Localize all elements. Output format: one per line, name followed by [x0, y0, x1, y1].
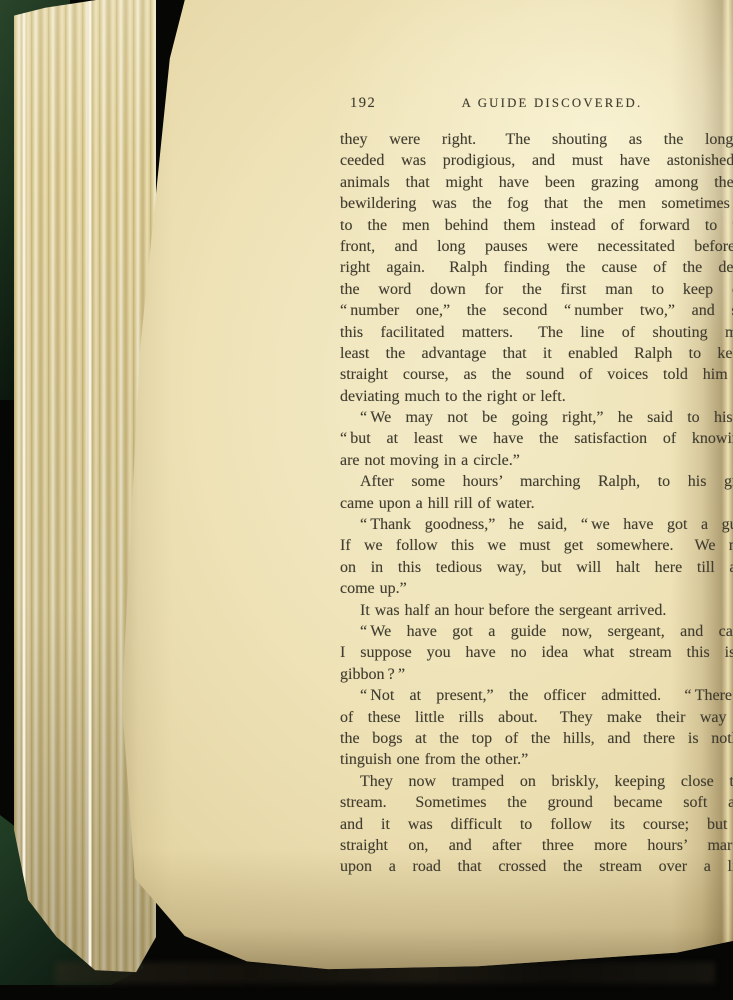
text-line: the bogs at the top of the hills, and th…: [340, 730, 733, 751]
running-head: 192 A GUIDE DISCOVERED.: [340, 95, 733, 110]
text-line: front, and long pauses were necessitated…: [340, 238, 733, 259]
text-line: After some hours’ marching Ralph, to his…: [340, 473, 733, 494]
text-line: animals that might have been grazing amo…: [340, 174, 733, 195]
text-line: of these little rills about. They make t…: [340, 709, 733, 730]
text-line: upon a road that crossed the stream over…: [340, 858, 733, 879]
text-line: they were right. The shouting as the lon…: [340, 131, 733, 152]
text-line: bewildering was the fog that the men som…: [340, 195, 733, 216]
text-line: straight on, and after three more hours’…: [340, 837, 733, 858]
text-line: “ but at least we have the satisfaction …: [340, 430, 733, 451]
text-line: this facilitated matters. The line of sh…: [340, 324, 733, 345]
body-text: they were right. The shouting as the lon…: [340, 131, 733, 880]
text-line: stream. Sometimes the ground became soft…: [340, 794, 733, 815]
chapter-running-title: A GUIDE DISCOVERED.: [462, 96, 643, 111]
text-line: “ We have got a guide now, sergeant, and…: [340, 623, 733, 644]
page-number: 192: [350, 95, 376, 112]
text-line: straight course, as the sound of voices …: [340, 366, 733, 387]
text-line: “ We may not be going right,” he said to…: [340, 409, 733, 430]
text-line: least the advantage that it enabled Ralp…: [340, 345, 733, 366]
book-photo: 192 A GUIDE DISCOVERED. they were right.…: [0, 0, 733, 1000]
text-line: right again. Ralph finding the cause of …: [340, 259, 733, 280]
text-line: “ number one,” the second “ number two,”…: [340, 302, 733, 323]
text-line: It was half an hour before the sergeant …: [340, 602, 733, 623]
text-line: “ Thank goodness,” he said, “ we have go…: [340, 516, 733, 537]
printed-area: 192 A GUIDE DISCOVERED. they were right.…: [340, 95, 733, 880]
text-line: “ Not at present,” the officer admitted.…: [340, 687, 733, 708]
text-line: on in this tedious way, but will halt he…: [340, 559, 733, 580]
text-line: They now tramped on briskly, keeping clo…: [340, 773, 733, 794]
text-line: If we follow this we must get somewhere.…: [340, 537, 733, 558]
text-line: ceeded was prodigious, and must have ast…: [340, 152, 733, 173]
text-line: I suppose you have no idea what stream t…: [340, 644, 733, 665]
text-line: to the men behind them instead of forwar…: [340, 217, 733, 238]
book-page: 192 A GUIDE DISCOVERED. they were right.…: [110, 0, 733, 976]
text-line: the word down for the first man to keep …: [340, 281, 733, 302]
text-line: and it was difficult to follow its cours…: [340, 816, 733, 837]
